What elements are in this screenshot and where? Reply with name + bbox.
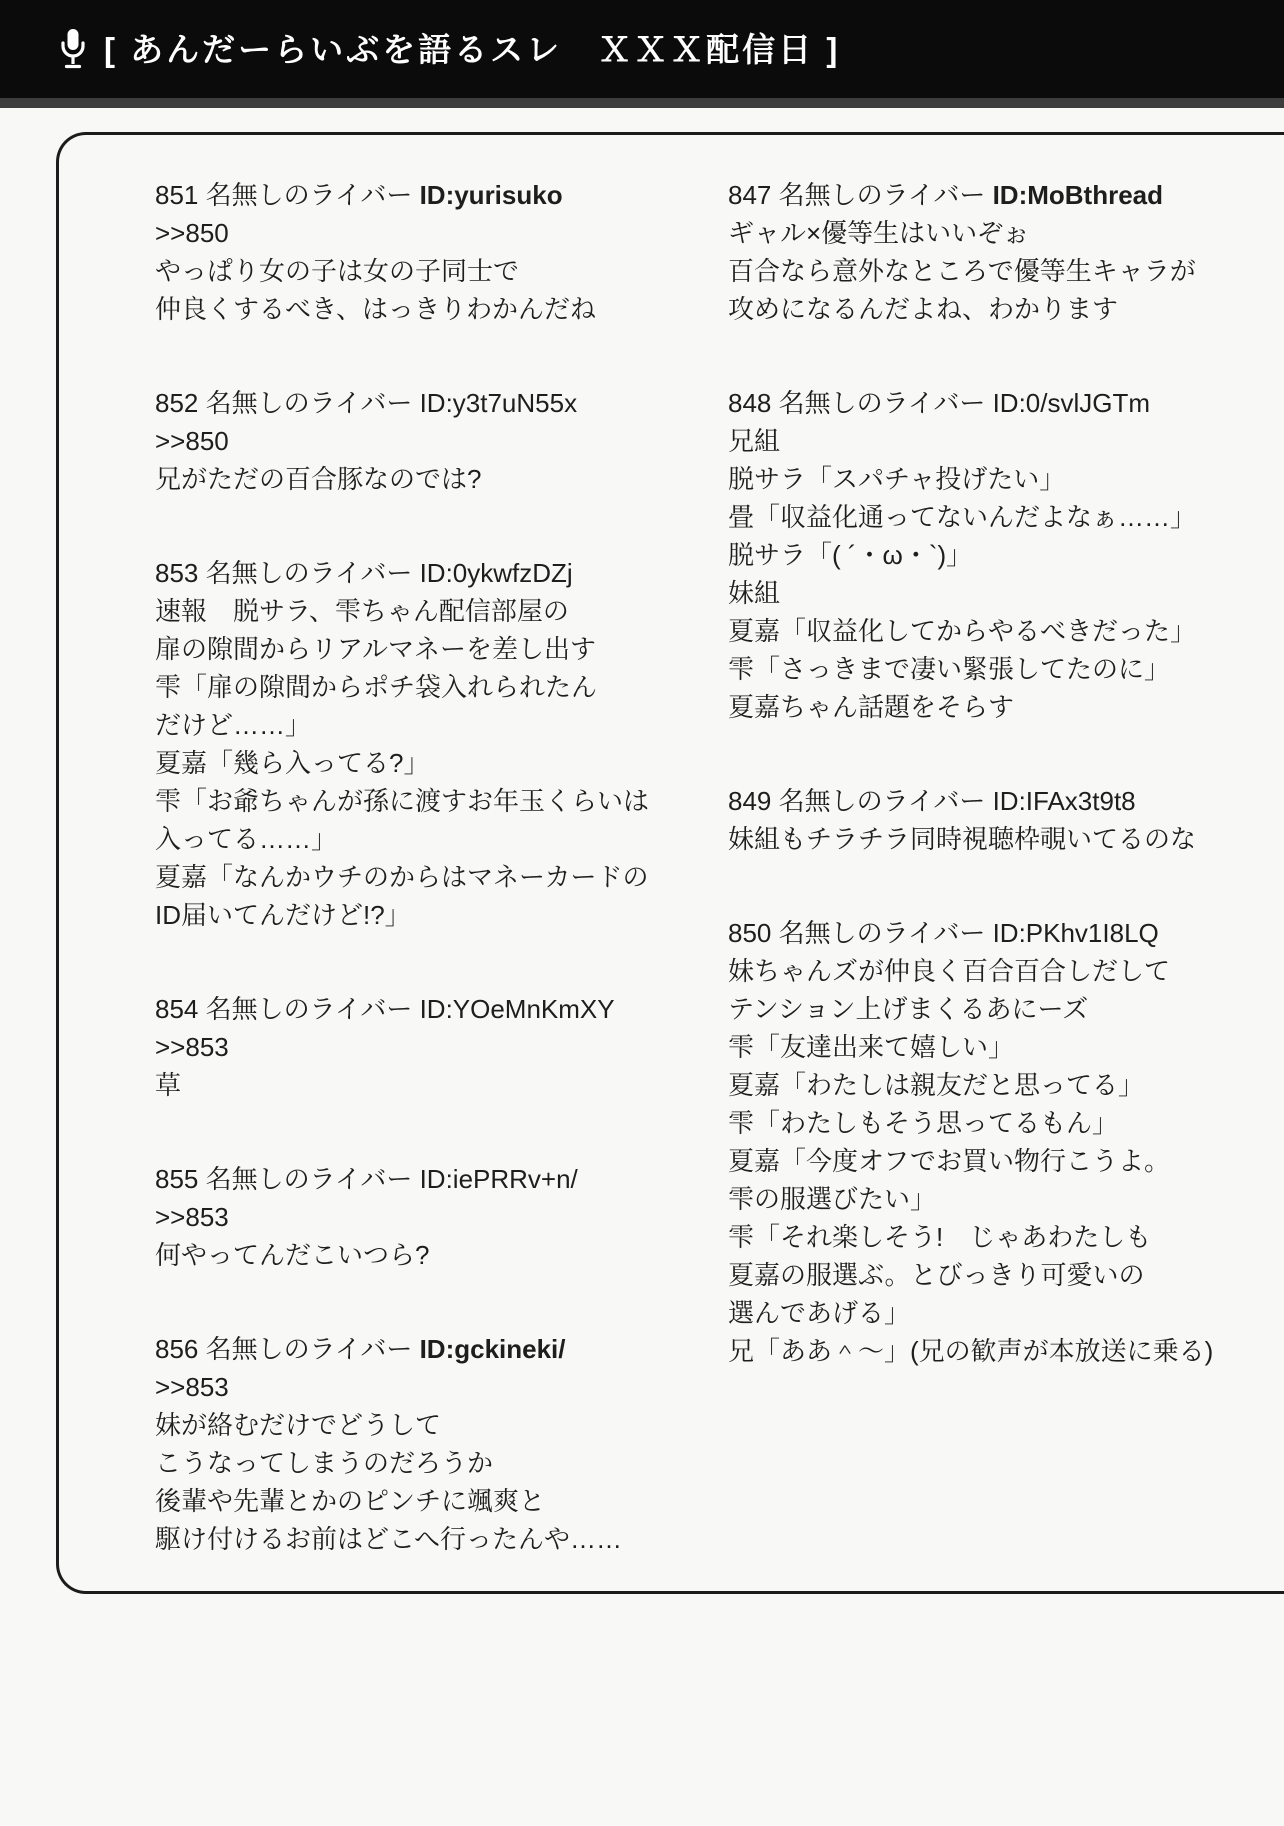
post-number: 852 <box>155 388 198 418</box>
post-body: 妹ちゃんズが仲良く百合百合しだしてテンション上げまくるあにーズ雫「友達出来て嬉し… <box>728 952 1233 1370</box>
post-line: 雫「それ楽しそう! じゃあわたしも <box>728 1218 1233 1256</box>
poster-id: ID:PKhv1I8LQ <box>993 918 1159 948</box>
post-number: 850 <box>728 918 771 948</box>
post-line: 駆け付けるお前はどこへ行ったんや…… <box>155 1520 660 1558</box>
post-line: 選んであげる」 <box>728 1294 1233 1332</box>
post-header: 849 名無しのライバー ID:IFAx3t9t8 <box>728 782 1233 820</box>
post-line: 雫「扉の隙間からポチ袋入れられたん <box>155 668 660 706</box>
poster-name: 名無しのライバー <box>206 388 413 418</box>
poster-id: ID:yurisuko <box>420 180 563 210</box>
post-number: 854 <box>155 994 198 1024</box>
post-body: >>850兄がただの百合豚なのでは? <box>155 422 660 498</box>
thread-post: 847 名無しのライバー ID:MoBthreadギャル×優等生はいいぞぉ百合な… <box>728 176 1233 328</box>
reply-anchor: >>853 <box>155 1028 660 1066</box>
post-line: こうなってしまうのだろうか <box>155 1444 660 1482</box>
post-body: 妹組もチラチラ同時視聴枠覗いてるのな <box>728 820 1233 858</box>
poster-id: ID:IFAx3t9t8 <box>993 786 1136 816</box>
poster-id: ID:y3t7uN55x <box>420 388 578 418</box>
post-number: 848 <box>728 388 771 418</box>
reply-anchor: >>850 <box>155 214 660 252</box>
post-line: 夏嘉「わたしは親友だと思ってる」 <box>728 1066 1233 1104</box>
post-line: だけど……」 <box>155 706 660 744</box>
thread-column-right: 847 名無しのライバー ID:MoBthreadギャル×優等生はいいぞぉ百合な… <box>728 176 1233 1426</box>
post-body: ギャル×優等生はいいぞぉ百合なら意外なところで優等生キャラが攻めになるんだよね、… <box>728 214 1233 328</box>
post-line: 夏嘉ちゃん話題をそらす <box>728 688 1233 726</box>
poster-name: 名無しのライバー <box>206 994 413 1024</box>
poster-name: 名無しのライバー <box>206 1334 413 1364</box>
post-body: >>853草 <box>155 1028 660 1104</box>
poster-name: 名無しのライバー <box>779 180 986 210</box>
post-line: 扉の隙間からリアルマネーを差し出す <box>155 630 660 668</box>
post-line: 速報 脱サラ、雫ちゃん配信部屋の <box>155 592 660 630</box>
poster-id: ID:YOeMnKmXY <box>420 994 615 1024</box>
post-line: 仲良くするべき、はっきりわかんだね <box>155 290 660 328</box>
post-line: 脱サラ「( ´・ω・`)」 <box>728 536 1233 574</box>
poster-id: ID:0/svlJGTm <box>993 388 1150 418</box>
post-header: 848 名無しのライバー ID:0/svlJGTm <box>728 384 1233 422</box>
post-line: 兄組 <box>728 422 1233 460</box>
novel-page: [ あんだーらいぶを語るスレ ＸＸＸ配信日 ] 851 名無しのライバー ID:… <box>0 0 1284 1826</box>
post-line: 夏嘉「幾ら入ってる?」 <box>155 744 660 782</box>
post-number: 853 <box>155 558 198 588</box>
thread-post: 853 名無しのライバー ID:0ykwfzDZj速報 脱サラ、雫ちゃん配信部屋… <box>155 554 660 934</box>
post-line: 妹が絡むだけでどうして <box>155 1406 660 1444</box>
thread-post: 854 名無しのライバー ID:YOeMnKmXY>>853草 <box>155 990 660 1104</box>
poster-name: 名無しのライバー <box>206 558 413 588</box>
thread-post: 856 名無しのライバー ID:gckineki/>>853妹が絡むだけでどうし… <box>155 1330 660 1558</box>
post-line: 夏嘉「収益化してからやるべきだった」 <box>728 612 1233 650</box>
post-header: 854 名無しのライバー ID:YOeMnKmXY <box>155 990 660 1028</box>
thread-post: 849 名無しのライバー ID:IFAx3t9t8妹組もチラチラ同時視聴枠覗いて… <box>728 782 1233 858</box>
microphone-icon <box>58 26 88 72</box>
post-line: 妹組 <box>728 574 1233 612</box>
reply-anchor: >>853 <box>155 1198 660 1236</box>
post-header: 856 名無しのライバー ID:gckineki/ <box>155 1330 660 1368</box>
thread-post: 852 名無しのライバー ID:y3t7uN55x>>850兄がただの百合豚なの… <box>155 384 660 498</box>
post-line: 夏嘉「今度オフでお買い物行こうよ。 <box>728 1142 1233 1180</box>
post-header: 853 名無しのライバー ID:0ykwfzDZj <box>155 554 660 592</box>
post-line: 脱サラ「スパチャ投げたい」 <box>728 460 1233 498</box>
poster-name: 名無しのライバー <box>206 180 413 210</box>
poster-name: 名無しのライバー <box>779 786 986 816</box>
thread-title-bar: [ あんだーらいぶを語るスレ ＸＸＸ配信日 ] <box>0 0 1284 108</box>
poster-id: ID:iePRRv+n/ <box>420 1164 578 1194</box>
poster-id: ID:0ykwfzDZj <box>420 558 573 588</box>
post-line: 兄「ああ＾～」(兄の歓声が本放送に乗る) <box>728 1332 1233 1370</box>
post-number: 856 <box>155 1334 198 1364</box>
thread-post: 848 名無しのライバー ID:0/svlJGTm兄組脱サラ「スパチャ投げたい」… <box>728 384 1233 726</box>
post-body: >>853何やってんだこいつら? <box>155 1198 660 1274</box>
post-body: 速報 脱サラ、雫ちゃん配信部屋の扉の隙間からリアルマネーを差し出す雫「扉の隙間か… <box>155 592 660 934</box>
post-line: 雫「さっきまで凄い緊張してたのに」 <box>728 650 1233 688</box>
post-line: 妹組もチラチラ同時視聴枠覗いてるのな <box>728 820 1233 858</box>
post-header: 847 名無しのライバー ID:MoBthread <box>728 176 1233 214</box>
post-line: 夏嘉「なんかウチのからはマネーカードの <box>155 858 660 896</box>
post-line: やっぱり女の子は女の子同士で <box>155 252 660 290</box>
post-number: 849 <box>728 786 771 816</box>
reply-anchor: >>853 <box>155 1368 660 1406</box>
post-line: テンション上げまくるあにーズ <box>728 990 1233 1028</box>
post-line: 雫「お爺ちゃんが孫に渡すお年玉くらいは <box>155 782 660 820</box>
thread-post: 855 名無しのライバー ID:iePRRv+n/>>853何やってんだこいつら… <box>155 1160 660 1274</box>
post-number: 855 <box>155 1164 198 1194</box>
reply-anchor: >>850 <box>155 422 660 460</box>
poster-name: 名無しのライバー <box>206 1164 413 1194</box>
post-body: 兄組脱サラ「スパチャ投げたい」畳「収益化通ってないんだよなぁ……」脱サラ「( ´… <box>728 422 1233 726</box>
post-line: 何やってんだこいつら? <box>155 1236 660 1274</box>
post-header: 850 名無しのライバー ID:PKhv1I8LQ <box>728 914 1233 952</box>
thread-title: [ あんだーらいぶを語るスレ ＸＸＸ配信日 ] <box>104 33 840 66</box>
post-line: 草 <box>155 1066 660 1104</box>
poster-name: 名無しのライバー <box>779 388 986 418</box>
post-line: 兄がただの百合豚なのでは? <box>155 460 660 498</box>
post-line: 雫「わたしもそう思ってるもん」 <box>728 1104 1233 1142</box>
post-line: 後輩や先輩とかのピンチに颯爽と <box>155 1482 660 1520</box>
post-line: 夏嘉の服選ぶ。とびっきり可愛いの <box>728 1256 1233 1294</box>
post-header: 851 名無しのライバー ID:yurisuko <box>155 176 660 214</box>
post-line: 畳「収益化通ってないんだよなぁ……」 <box>728 498 1233 536</box>
poster-id: ID:gckineki/ <box>420 1334 566 1364</box>
post-line: ID届いてんだけど!?」 <box>155 896 660 934</box>
post-line: 雫の服選びたい」 <box>728 1180 1233 1218</box>
post-line: 妹ちゃんズが仲良く百合百合しだして <box>728 952 1233 990</box>
post-line: 雫「友達出来て嬉しい」 <box>728 1028 1233 1066</box>
post-body: >>853妹が絡むだけでどうしてこうなってしまうのだろうか後輩や先輩とかのピンチ… <box>155 1368 660 1558</box>
post-line: ギャル×優等生はいいぞぉ <box>728 214 1233 252</box>
post-header: 855 名無しのライバー ID:iePRRv+n/ <box>155 1160 660 1198</box>
post-body: >>850やっぱり女の子は女の子同士で仲良くするべき、はっきりわかんだね <box>155 214 660 328</box>
post-line: 入ってる……」 <box>155 820 660 858</box>
thread-post: 851 名無しのライバー ID:yurisuko>>850やっぱり女の子は女の子… <box>155 176 660 328</box>
post-number: 851 <box>155 180 198 210</box>
post-line: 百合なら意外なところで優等生キャラが <box>728 252 1233 290</box>
poster-name: 名無しのライバー <box>779 918 986 948</box>
post-number: 847 <box>728 180 771 210</box>
post-line: 攻めになるんだよね、わかります <box>728 290 1233 328</box>
post-header: 852 名無しのライバー ID:y3t7uN55x <box>155 384 660 422</box>
poster-id: ID:MoBthread <box>993 180 1163 210</box>
thread-post: 850 名無しのライバー ID:PKhv1I8LQ妹ちゃんズが仲良く百合百合しだ… <box>728 914 1233 1370</box>
thread-column-left: 851 名無しのライバー ID:yurisuko>>850やっぱり女の子は女の子… <box>155 176 660 1614</box>
